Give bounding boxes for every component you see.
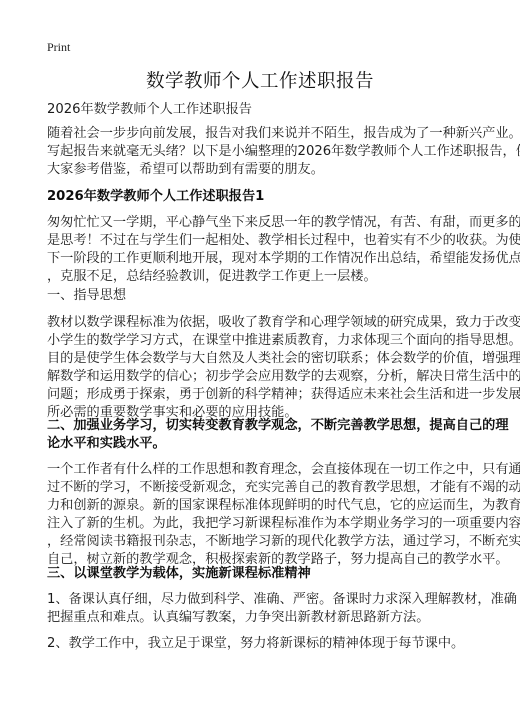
paragraph-line: 写起报告来就毫无头绪？以下是小编整理的2026年数学教师个人工作述职报告，供 [47,143,520,161]
paragraph-line: ，经常阅读书籍报刊杂志，不断地学习新的现代化教学方法，通过学习，不断充实 [47,533,520,551]
paragraph-line: 随着社会一步步向前发展，报告对我们来说并不陌生，报告成为了一种新兴产业。 [47,125,520,143]
document-page: Print 数学教师个人工作述职报告 2026年数学教师个人工作述职报告 随着社… [0,0,520,718]
paragraph-line: 大家参考借鉴，希望可以帮助到有需要的朋友。 [47,161,324,179]
document-title: 数学教师个人工作述职报告 [0,67,520,93]
paragraph-line: 教材以数学课程标准为依据，吸收了教育学和心理学领域的研究成果，致力于改变 [47,314,520,332]
document-subtitle: 2026年数学教师个人工作述职报告 [47,101,252,119]
paragraph-line: 小学生的数学学习方式，在课堂中推进素质教育，力求体现三个面向的指导思想。 [47,332,520,350]
paragraph-line: 力和创新的源泉。新的国家课程标准体现鲜明的时代气息，它的应运而生，为教育 [47,497,520,515]
paragraph-line: 匆匆忙忙又一学期，平心静气坐下来反思一年的教学情况，有苦、有甜，而更多的 [47,214,520,232]
paragraph-line: 把握重点和难点。认真编写教案，力争突出新教材新思路新方法。 [47,609,429,627]
paragraph-line: 注入了新的生机。为此，我把学习新课程标准作为本学期业务学习的一项重要内容 [47,515,520,533]
section-title: 2026年数学教师个人工作述职报告1 [47,188,264,206]
paragraph-line: 过不断的学习，不断接受新观念，充实完善自己的教育教学思想，才能有不竭的动 [47,479,520,497]
paragraph-line: 2、教学工作中，我立足于课堂，努力将新课标的精神体现于每节课中。 [47,635,464,653]
paragraph-line: 是思考！不过在与学生们一起相处、教学相长过程中，也着实有不少的收获。为使 [47,232,520,250]
paragraph-line: 一个工作者有什么样的工作思想和教育理念，会直接体现在一切工作之中，只有通 [47,461,520,479]
paragraph-line: 1、备课认真仔细，尽力做到科学、准确、严密。备课时力求深入理解教材，准确 [47,591,517,609]
heading-line: 论水平和实践水平。 [47,435,166,453]
heading-guiding-ideas: 一、指导思想 [47,287,126,305]
heading-classroom-teaching: 三、以课堂教学为载体，实施新课程标准精神 [47,565,311,583]
print-label: Print [47,40,70,55]
paragraph-line: 下一阶段的工作更顺利地开展，现对本学期的工作情况作出总结，希望能发扬优点 [47,250,520,268]
paragraph-line: 目的是使学生体会数学与大自然及人类社会的密切联系；体会数学的价值，增强理 [47,350,520,368]
paragraph-line: 问题；形成勇于探索，勇于创新的科学精神；获得适应未来社会生活和进一步发展 [47,386,520,404]
heading-line: 二、加强业务学习，切实转变教育教学观念，不断完善教学思想，提高自己的理 [47,417,509,435]
paragraph-line: ，克服不足，总结经验教训，促进教学工作更上一层楼。 [47,268,377,286]
paragraph-line: 解数学和运用数学的信心；初步学会应用数学的去观察，分析，解决日常生活中的 [47,368,520,386]
